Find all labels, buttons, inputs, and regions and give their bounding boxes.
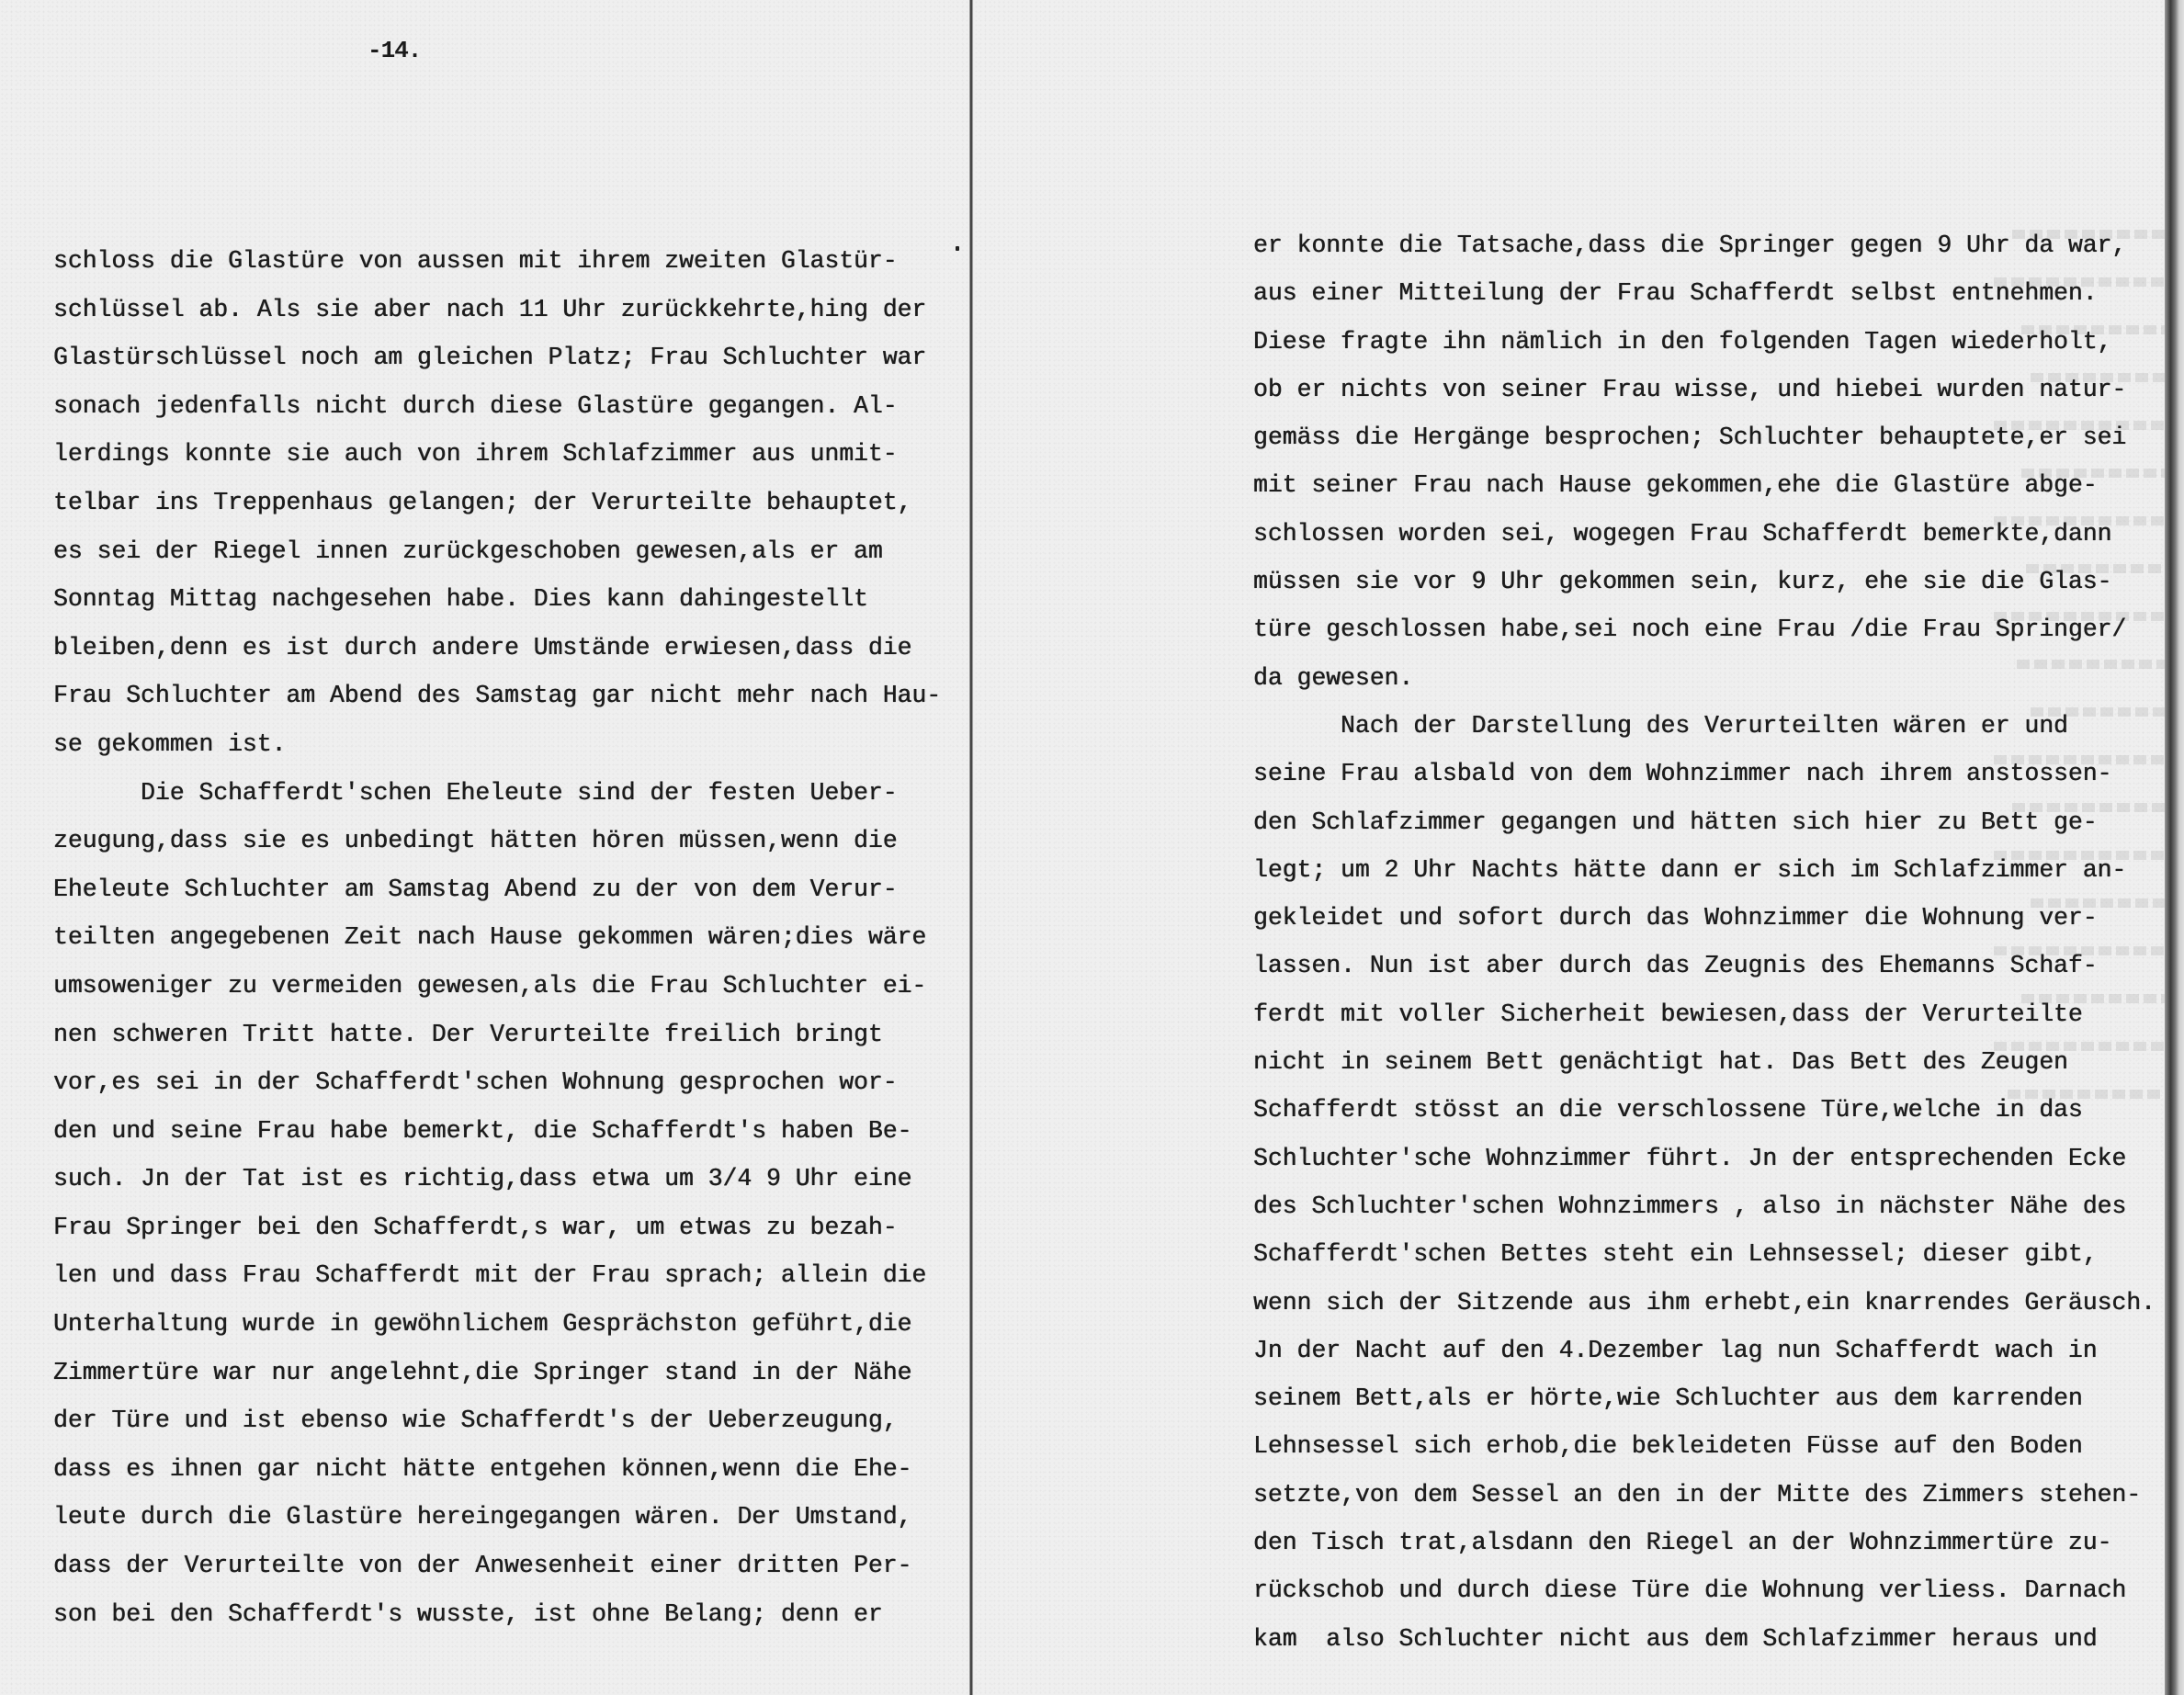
text-line: wenn sich der Sitzende aus ihm erhebt,ei… [1253,1279,2156,1327]
text-line: er konnte die Tatsache,dass die Springer… [1253,221,2156,269]
text-line: umsoweniger zu vermeiden gewesen,als die… [53,962,941,1011]
text-line: es sei der Riegel innen zurückgeschoben … [53,527,941,576]
text-line: nen schweren Tritt hatte. Der Verurteilt… [53,1011,941,1059]
page-gutter-divider [969,0,973,1695]
text-line: teilten angegebenen Zeit nach Hause geko… [53,913,941,962]
text-line: den und seine Frau habe bemerkt, die Sch… [53,1107,941,1156]
text-line: des Schluchter'schen Wohnzimmers , also … [1253,1182,2156,1230]
text-line: nicht in seinem Bett genächtigt hat. Das… [1253,1038,2156,1086]
text-line: lassen. Nun ist aber durch das Zeugnis d… [1253,942,2156,989]
text-line: Die Schafferdt'schen Eheleute sind der f… [53,769,941,818]
text-line: kam also Schluchter nicht aus dem Schlaf… [1253,1615,2156,1663]
text-line: Schafferdt'schen Bettes steht ein Lehnse… [1253,1230,2156,1278]
text-line: Frau Schluchter am Abend des Samstag gar… [53,672,941,720]
text-line: mit seiner Frau nach Hause gekommen,ehe … [1253,461,2156,509]
text-line: telbar ins Treppenhaus gelangen; der Ver… [53,479,941,527]
text-line: son bei den Schafferdt's wusste, ist ohn… [53,1590,941,1639]
text-line: Zimmertüre war nur angelehnt,die Springe… [53,1349,941,1397]
scan-speck [956,246,959,251]
text-line: Jn der Nacht auf den 4.Dezember lag nun … [1253,1327,2156,1374]
page-right-edge [2165,0,2184,1695]
text-line: Lehnsessel sich erhob,die bekleideten Fü… [1253,1422,2156,1470]
text-line: den Schlafzimmer gegangen und hätten sic… [1253,798,2156,846]
text-line: türe geschlossen habe,sei noch eine Frau… [1253,605,2156,653]
text-line: gekleidet und sofort durch das Wohnzimme… [1253,894,2156,942]
text-line: zeugung,dass sie es unbedingt hätten hör… [53,817,941,865]
text-line: Glastürschlüssel noch am gleichen Platz;… [53,333,941,382]
text-line: seinem Bett,als er hörte,wie Schluchter … [1253,1374,2156,1422]
text-line: Diese fragte ihn nämlich in den folgende… [1253,318,2156,366]
text-line: setzte,von dem Sessel an den in der Mitt… [1253,1471,2156,1519]
text-line: lerdings konnte sie auch von ihrem Schla… [53,430,941,479]
text-line: dass der Verurteilte von der Anwesenheit… [53,1542,941,1590]
text-line: aus einer Mitteilung der Frau Schafferdt… [1253,269,2156,317]
text-line: dass es ihnen gar nicht hätte entgehen k… [53,1445,941,1494]
text-line: legt; um 2 Uhr Nachts hätte dann er sich… [1253,846,2156,894]
text-line: Schafferdt stösst an die verschlossene T… [1253,1086,2156,1134]
text-line: schlüssel ab. Als sie aber nach 11 Uhr z… [53,286,941,334]
text-line: müssen sie vor 9 Uhr gekommen sein, kurz… [1253,558,2156,605]
text-line: rückschob und durch diese Türe die Wohnu… [1253,1566,2156,1614]
text-line: Unterhaltung wurde in gewöhnlichem Gespr… [53,1300,941,1349]
text-line: se gekommen ist. [53,720,941,769]
text-line: vor,es sei in der Schafferdt'schen Wohnu… [53,1058,941,1107]
text-line: der Türe und ist ebenso wie Schafferdt's… [53,1396,941,1445]
text-line: Schluchter'sche Wohnzimmer führt. Jn der… [1253,1135,2156,1182]
text-line: Nach der Darstellung des Verurteilten wä… [1253,702,2156,750]
text-line: schloss die Glastüre von aussen mit ihre… [53,237,941,286]
text-line: schlossen worden sei, wogegen Frau Schaf… [1253,510,2156,558]
left-page-body-text: schloss die Glastüre von aussen mit ihre… [53,237,941,1638]
text-line: len und dass Frau Schafferdt mit der Fra… [53,1251,941,1300]
text-line: Eheleute Schluchter am Samstag Abend zu … [53,865,941,914]
text-line: Frau Springer bei den Schafferdt,s war, … [53,1203,941,1252]
text-line: bleiben,denn es ist durch andere Umständ… [53,624,941,672]
right-page-body-text: er konnte die Tatsache,dass die Springer… [1253,221,2156,1663]
text-line: den Tisch trat,alsdann den Riegel an der… [1253,1519,2156,1566]
text-line: gemäss die Hergänge besprochen; Schlucht… [1253,413,2156,461]
page-number-left: -14. [368,37,421,64]
text-line: da gewesen. [1253,654,2156,702]
text-line: ferdt mit voller Sicherheit bewiesen,das… [1253,990,2156,1038]
text-line: leute durch die Glastüre hereingegangen … [53,1493,941,1542]
text-line: such. Jn der Tat ist es richtig,dass etw… [53,1155,941,1203]
text-line: sonach jedenfalls nicht durch diese Glas… [53,382,941,431]
text-line: seine Frau alsbald von dem Wohnzimmer na… [1253,750,2156,797]
left-page: -14. schloss die Glastüre von aussen mit… [0,0,970,1695]
text-line: ob er nichts von seiner Frau wisse, und … [1253,366,2156,413]
text-line: Sonntag Mittag nachgesehen habe. Dies ka… [53,575,941,624]
